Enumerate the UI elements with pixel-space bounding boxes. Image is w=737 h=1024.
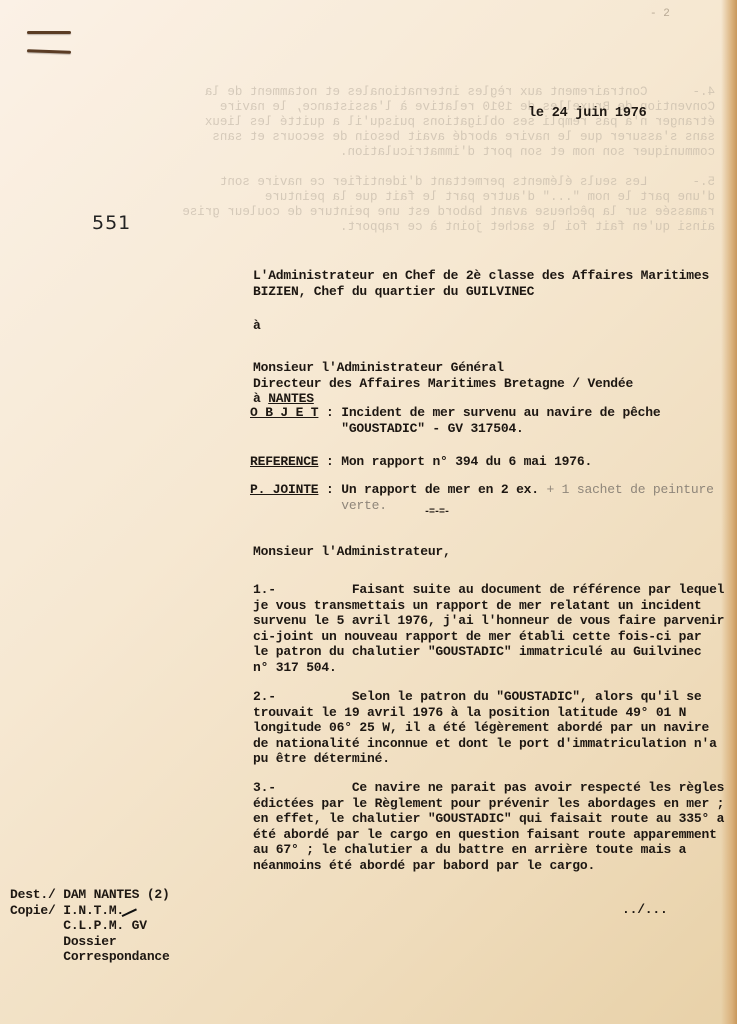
objet-block: O B J E T : Incident de mer survenu au n… <box>250 405 661 436</box>
page-marker: - 2 <box>650 8 670 20</box>
piece-jointe-text: Un rapport de mer en 2 ex. <box>341 482 539 497</box>
sender-line-1: L'Administrateur en Chef de 2è classe de… <box>253 268 709 283</box>
dest-label: Dest./ <box>10 887 56 902</box>
recipient-city: NANTES <box>268 391 314 406</box>
recipient-line-3-prefix: à <box>253 391 268 406</box>
objet-line-1: Incident de mer survenu au navire de pêc… <box>341 405 660 420</box>
salutation: Monsieur l'Administrateur, <box>253 544 451 560</box>
reference-text: Mon rapport n° 394 du 6 mai 1976. <box>341 454 592 469</box>
section-separator: -=-=- <box>424 505 449 521</box>
handwritten-number: 551 <box>92 212 131 234</box>
copy-item: Dossier <box>63 934 116 949</box>
recipient-block: Monsieur l'Administrateur Général Direct… <box>253 360 633 407</box>
staple-top <box>27 31 71 34</box>
recipient-line-1: Monsieur l'Administrateur Général <box>253 360 504 375</box>
piece-jointe-label: P. JOINTE <box>250 482 318 497</box>
dest-value: DAM NANTES (2) <box>63 887 169 902</box>
staple-bottom <box>27 49 71 54</box>
copy-item: C.L.P.M. GV <box>63 918 147 933</box>
continuation-marker: ../... <box>622 902 668 918</box>
objet-separator: : <box>318 405 341 420</box>
copy-item: Correspondance <box>63 949 169 964</box>
paragraph-1: 1.- Faisant suite au document de référen… <box>253 582 724 675</box>
sender-line-2: BIZIEN, Chef du quartier du GUILVINEC <box>253 284 534 299</box>
distribution-block: Dest./ DAM NANTES (2) Copie/ I.N.T.M. C.… <box>10 887 170 965</box>
piece-jointe-block: P. JOINTE : Un rapport de mer en 2 ex. +… <box>250 482 714 513</box>
letter-date: le 24 juin 1976 <box>528 106 647 122</box>
to-word: à <box>253 318 261 334</box>
recipient-line-2: Directeur des Affaires Maritimes Bretagn… <box>253 376 633 391</box>
copy-item: I.N.T.M. <box>63 903 124 918</box>
paragraph-2: 2.- Selon le patron du "GOUSTADIC", alor… <box>253 689 717 767</box>
reference-separator: : <box>318 454 341 469</box>
piece-jointe-addition-2: verte. <box>341 498 387 513</box>
piece-jointe-addition-1: + 1 sachet de peinture <box>539 482 714 497</box>
reference-block: REFERENCE : Mon rapport n° 394 du 6 mai … <box>250 454 592 470</box>
reference-label: REFERENCE <box>250 454 318 469</box>
piece-jointe-separator: : <box>318 482 341 497</box>
sender-block: L'Administrateur en Chef de 2è classe de… <box>253 268 709 299</box>
objet-label: O B J E T <box>250 405 318 420</box>
copie-label: Copie/ <box>10 903 56 918</box>
paragraph-3: 3.- Ce navire ne parait pas avoir respec… <box>253 780 724 873</box>
objet-line-2: "GOUSTADIC" - GV 317504. <box>341 421 523 436</box>
